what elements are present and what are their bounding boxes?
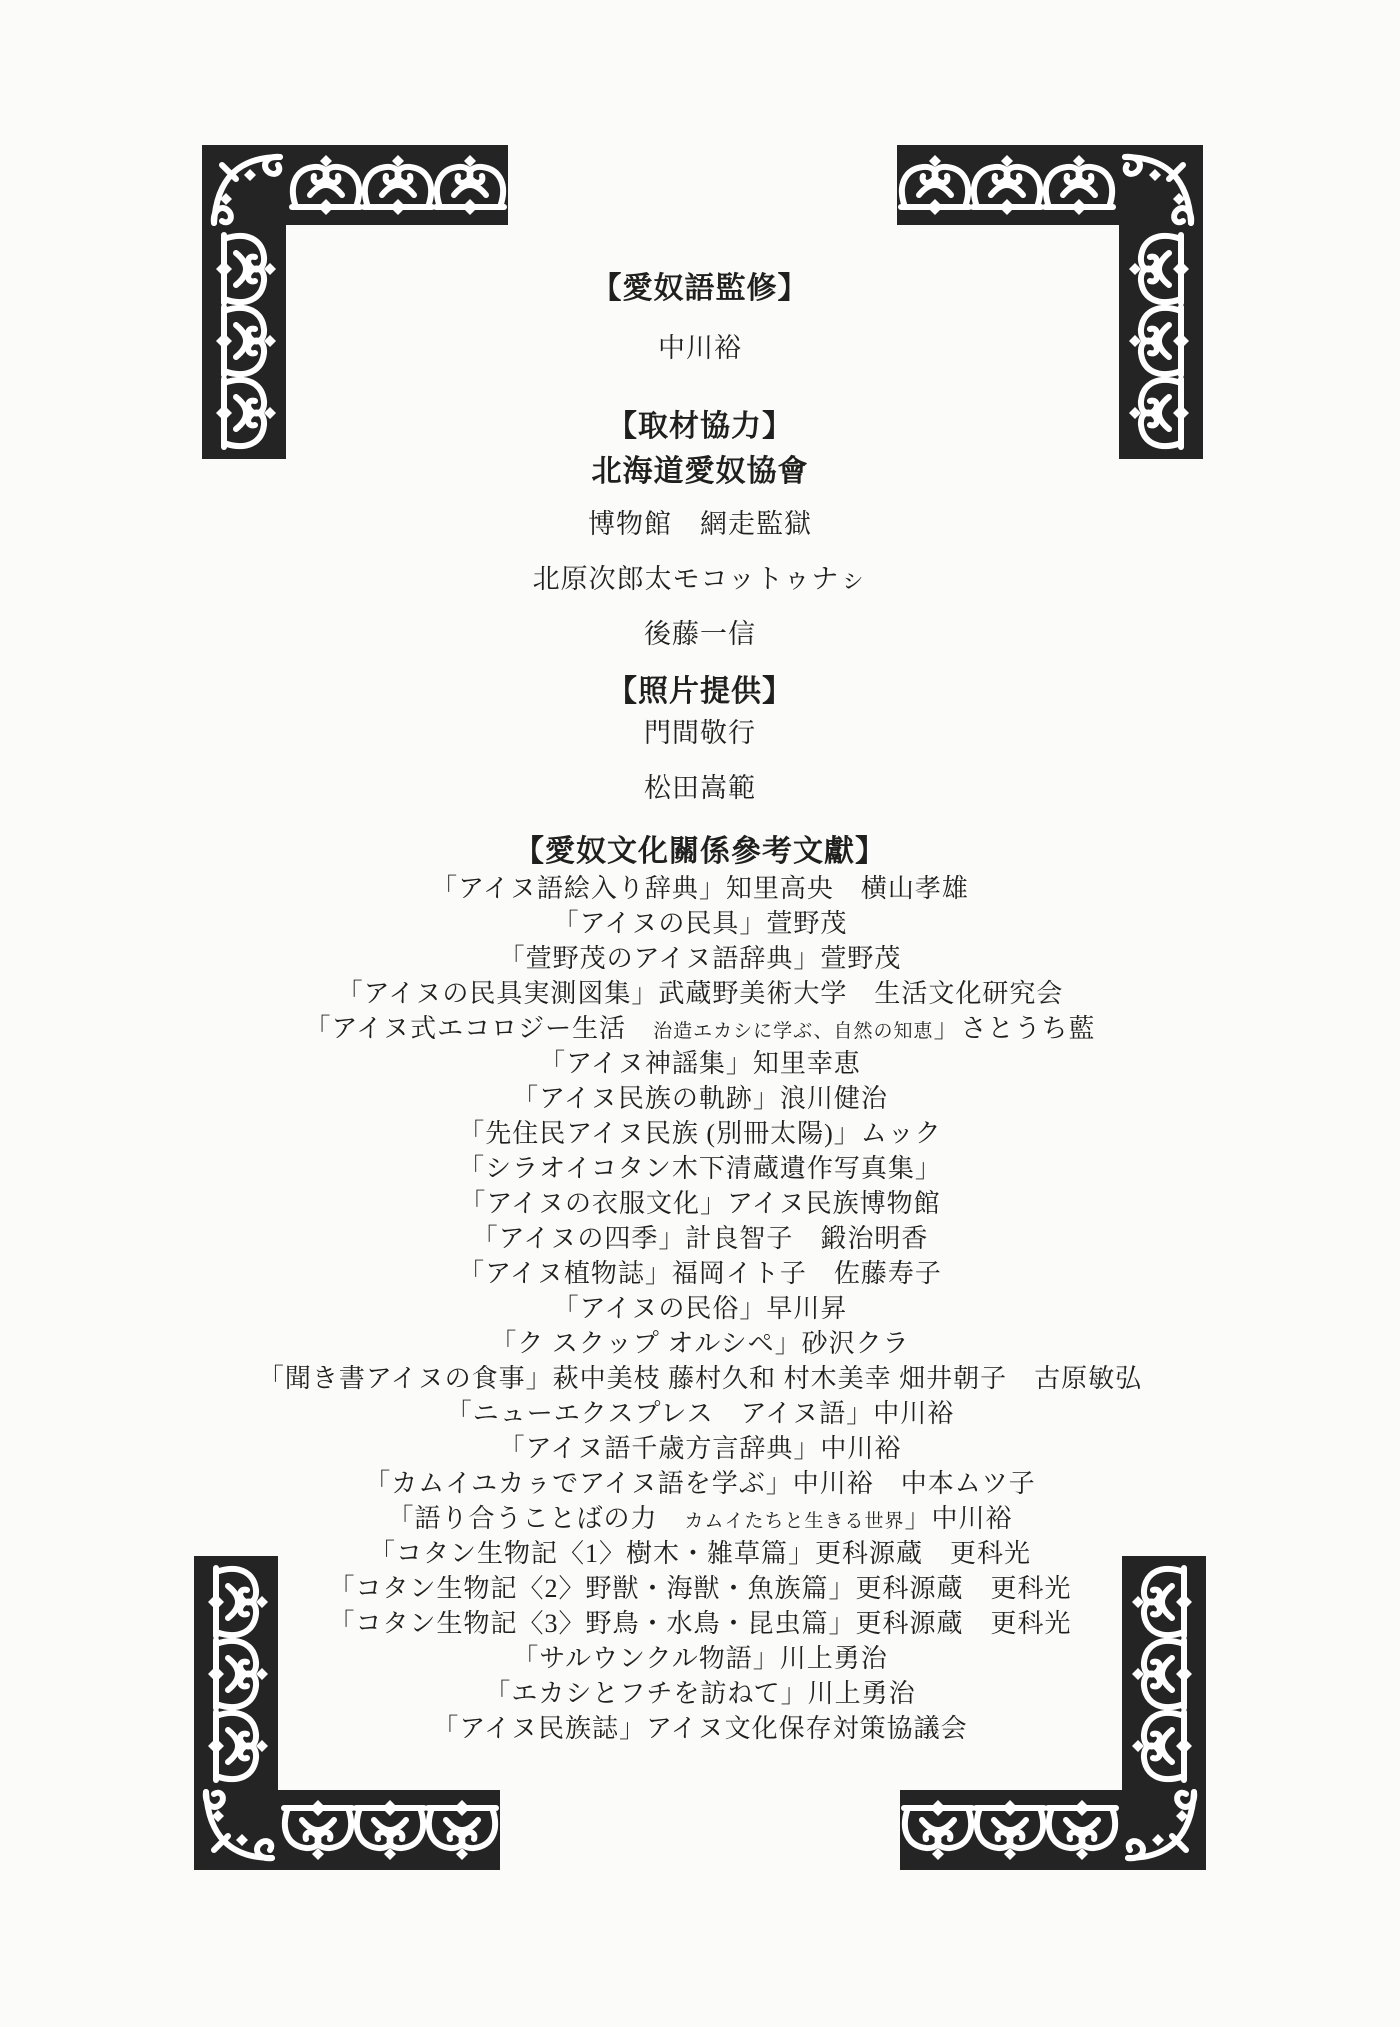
reference-text: 「先住民アイヌ民族 (別冊太陽)」ムック [458,1119,941,1148]
reference-entry: 「シラオイコタン木下清蔵遺作写真集」 [0,1151,1400,1186]
reference-entry: 「聞き書アイヌの食事」萩中美枝 藤村久和 村木美幸 畑井朝子 古原敏弘 [0,1361,1400,1396]
reference-subtitle: カムイたちと生きる世界 [684,1511,904,1532]
reference-entry: 「アイヌ民族誌」アイヌ文化保存対策協議会 [0,1711,1400,1746]
reference-list: 「アイヌ語絵入り辞典」知里高央 横山孝雄「アイヌの民具」萱野茂「萱野茂のアイヌ語… [0,871,1400,1746]
credit-name: 博物館 網走監獄 [0,506,1400,542]
reference-text: 「語り合うことばの力 [387,1504,684,1533]
reference-text: 「アイヌの民具」萱野茂 [553,909,848,938]
reference-entry: 「アイヌの衣服文化」アイヌ民族博物館 [0,1186,1400,1221]
reference-text: 「アイヌ語千歳方言辞典」中川裕 [499,1434,902,1463]
reference-entry: 「アイヌの民具」萱野茂 [0,906,1400,941]
reference-entry: 「アイヌ神謡集」知里幸恵 [0,1046,1400,1081]
reference-entry: 「アイヌ語絵入り辞典」知里高央 横山孝雄 [0,871,1400,906]
reference-entry: 「アイヌ民族の軌跡」浪川健治 [0,1081,1400,1116]
credit-name: 松田嵩範 [0,770,1400,806]
reference-entry: 「コタン生物記〈2〉野獣・海獣・魚族篇」更科源蔵 更科光 [0,1571,1400,1606]
reference-text: 「シラオイコタン木下清蔵遺作写真集」 [458,1154,942,1183]
reference-entry: 「語り合うことばの力 カムイたちと生きる世界」中川裕 [0,1501,1400,1536]
reference-text: 「アイヌの衣服文化」アイヌ民族博物館 [459,1189,940,1218]
reference-text: 「アイヌ式エコロジー生活 [304,1014,653,1043]
reference-entry: 「コタン生物記〈1〉樹木・雑草篇」更科源蔵 更科光 [0,1536,1400,1571]
reference-entry: 「エカシとフチを訪ねて」川上勇治 [0,1676,1400,1711]
reference-entry: 「アイヌの四季」計良智子 鍛治明香 [0,1221,1400,1256]
reference-text: 「コタン生物記〈3〉野鳥・水鳥・昆虫篇」更科源蔵 更科光 [328,1609,1071,1638]
reference-subtitle: 治造エカシに学ぶ、自然の知恵 [653,1021,933,1042]
organization-name: 北海道愛奴協會 [0,452,1400,492]
reference-entry: 「アイヌの民俗」早川昇 [0,1291,1400,1326]
reference-text: 」中川裕 [905,1504,1013,1533]
reference-text: 「アイヌの民具実測図集」武蔵野美術大学 生活文化研究会 [337,979,1064,1008]
credits-content: 【愛奴語監修】中川裕【取材協力】北海道愛奴協會博物館 網走監獄北原次郎太モコット… [0,270,1400,1746]
credit-name: 北原次郎太モコットゥナㇱ [0,561,1400,597]
reference-entry: 「サルウンクル物語」川上勇治 [0,1641,1400,1676]
reference-text: 「エカシとフチを訪ねて」川上勇治 [484,1679,915,1708]
credit-name: 中川裕 [0,330,1400,366]
section-heading: 【愛奴語監修】 [0,270,1400,308]
section-heading: 【照片提供】 [0,673,1400,711]
reference-text: 「聞き書アイヌの食事」萩中美枝 藤村久和 村木美幸 畑井朝子 古原敏弘 [258,1364,1142,1393]
reference-entry: 「アイヌ植物誌」福岡イト子 佐藤寿子 [0,1256,1400,1291]
reference-text: 「カムイユカㇻでアイヌ語を学ぶ」中川裕 中本ムツ子 [364,1469,1036,1498]
reference-text: 「コタン生物記〈1〉樹木・雑草篇」更科源蔵 更科光 [369,1539,1031,1568]
reference-text: 「コタン生物記〈2〉野獣・海獣・魚族篇」更科源蔵 更科光 [328,1574,1071,1603]
reference-text: 「萱野茂のアイヌ語辞典」萱野茂 [499,944,902,973]
reference-entry: 「アイヌ式エコロジー生活 治造エカシに学ぶ、自然の知恵」さとうち藍 [0,1011,1400,1046]
reference-text: 「アイヌ民族の軌跡」浪川健治 [512,1084,888,1113]
section-heading: 【愛奴文化關係參考文獻】 [0,833,1400,871]
reference-entry: 「アイヌの民具実測図集」武蔵野美術大学 生活文化研究会 [0,976,1400,1011]
credits-list: 【愛奴語監修】中川裕【取材協力】北海道愛奴協會博物館 網走監獄北原次郎太モコット… [0,270,1400,871]
reference-entry: 「コタン生物記〈3〉野鳥・水鳥・昆虫篇」更科源蔵 更科光 [0,1606,1400,1641]
reference-text: 「アイヌの四季」計良智子 鍛治明香 [472,1224,929,1253]
reference-entry: 「カムイユカㇻでアイヌ語を学ぶ」中川裕 中本ムツ子 [0,1466,1400,1501]
reference-text: 「アイヌ民族誌」アイヌ文化保存対策協議会 [432,1714,967,1743]
reference-text: 「ニューエクスプレス アイヌ語」中川裕 [446,1399,955,1428]
reference-entry: 「先住民アイヌ民族 (別冊太陽)」ムック [0,1116,1400,1151]
reference-entry: 「ク スクップ オルシペ」砂沢クラ [0,1326,1400,1361]
reference-entry: 「アイヌ語千歳方言辞典」中川裕 [0,1431,1400,1466]
reference-text: 「アイヌ植物誌」福岡イト子 佐藤寿子 [458,1259,942,1288]
reference-text: 」さとうち藍 [934,1014,1096,1043]
reference-entry: 「萱野茂のアイヌ語辞典」萱野茂 [0,941,1400,976]
section-heading: 【取材協力】 [0,408,1400,446]
reference-text: 「サルウンクル物語」川上勇治 [512,1644,887,1673]
reference-text: 「ク スクップ オルシペ」砂沢クラ [490,1329,909,1358]
reference-entry: 「ニューエクスプレス アイヌ語」中川裕 [0,1396,1400,1431]
credit-name: 門間敬行 [0,715,1400,751]
credit-name: 後藤一信 [0,616,1400,652]
reference-text: 「アイヌ語絵入り辞典」知里高央 横山孝雄 [431,874,969,903]
reference-text: 「アイヌの民俗」早川昇 [553,1294,848,1323]
book-credits-page: 【愛奴語監修】中川裕【取材協力】北海道愛奴協會博物館 網走監獄北原次郎太モコット… [0,0,1400,2027]
reference-text: 「アイヌ神謡集」知里幸恵 [539,1049,861,1078]
